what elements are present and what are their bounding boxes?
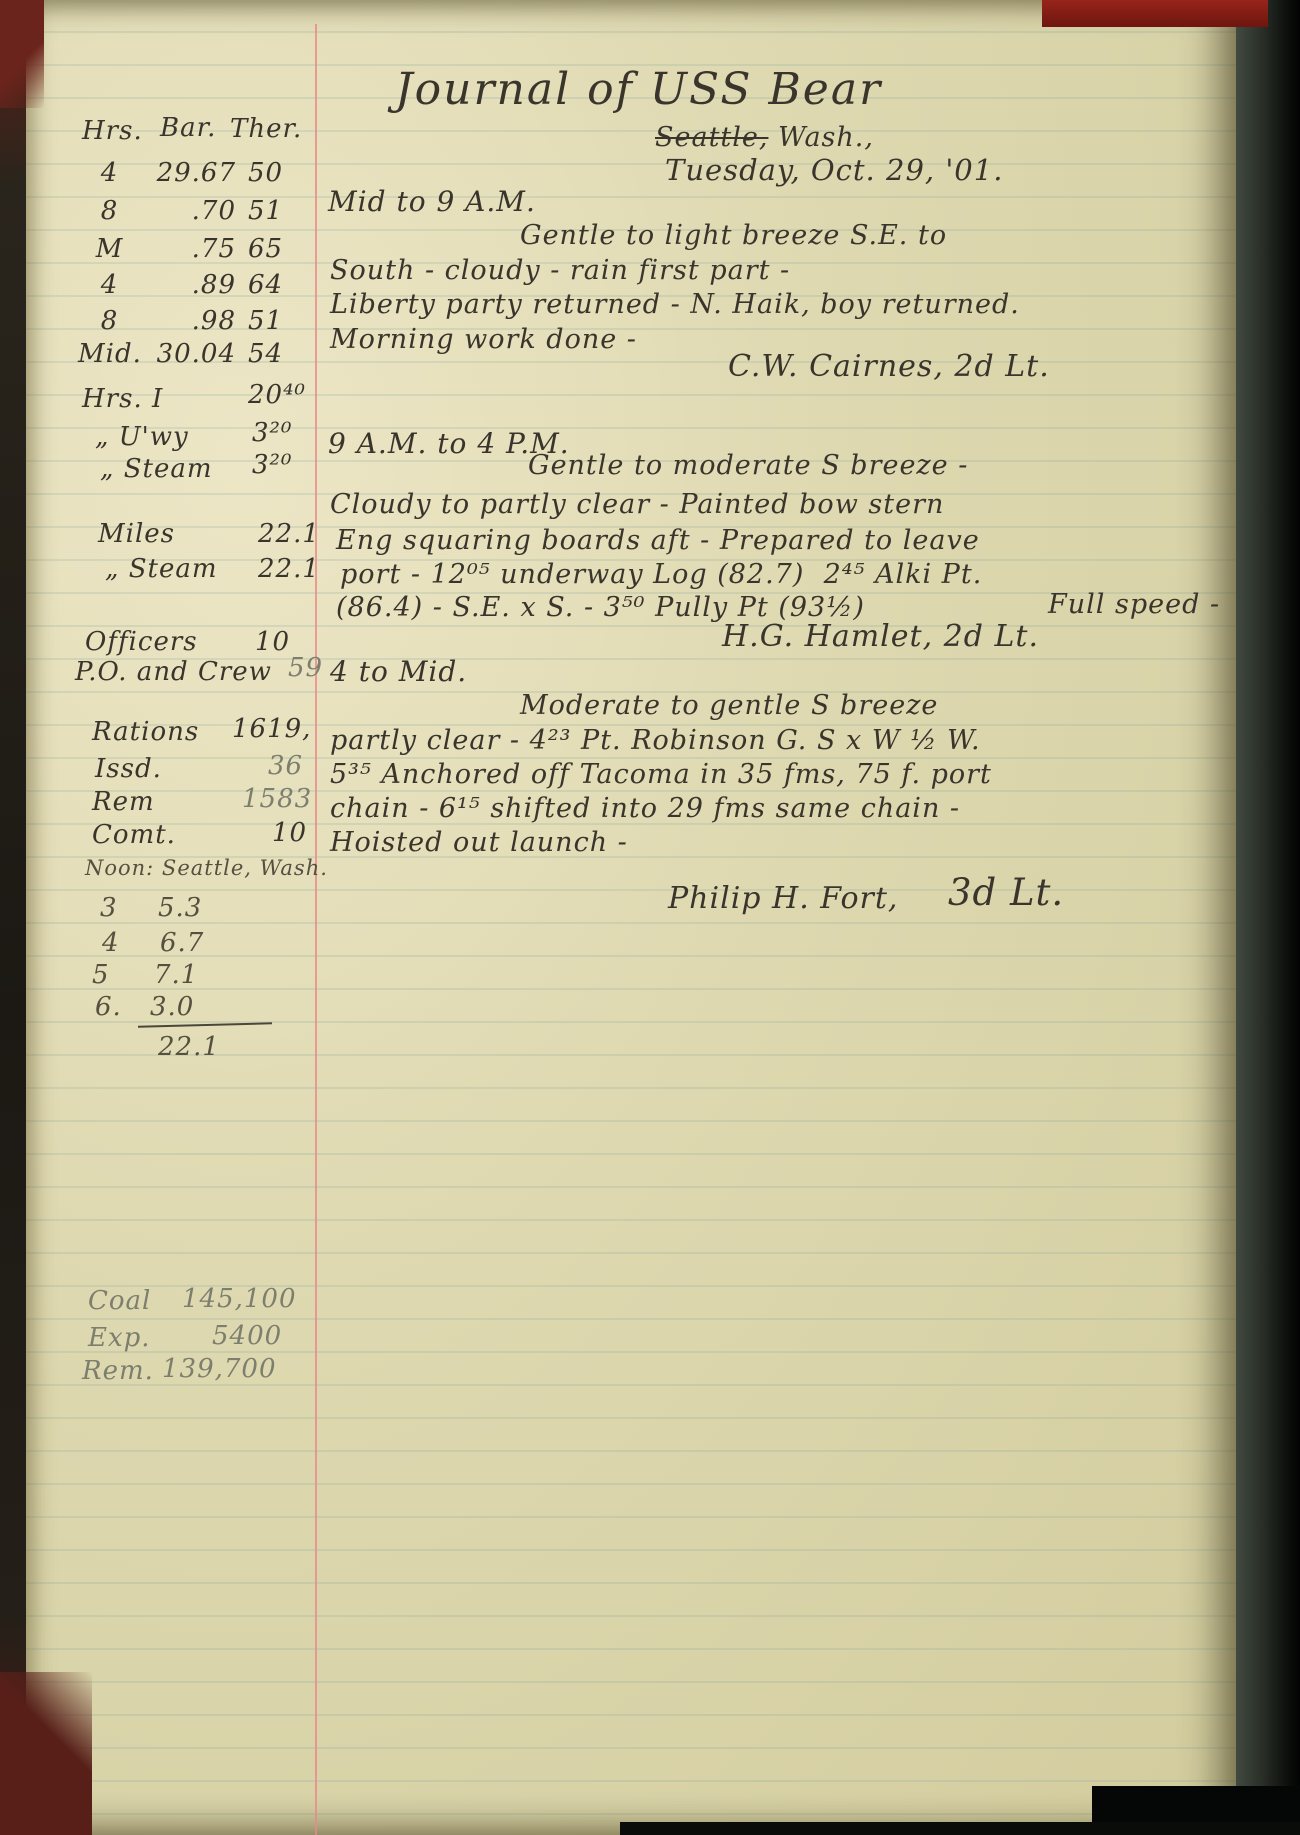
watch-signature: Philip H. Fort, <box>668 884 898 914</box>
hours-label: Hrs. I <box>82 386 163 412</box>
speed-hour: 5 <box>92 962 110 988</box>
rations-label: Rations <box>92 719 199 745</box>
location-struck: Seattle, <box>655 122 768 153</box>
reading-ther: 50 <box>238 160 293 186</box>
miles-value: 22.1 <box>258 521 320 547</box>
reading-hr: 4 <box>82 272 137 298</box>
cover-edge-top-right <box>1042 0 1268 27</box>
watch-signature-rank: 3d Lt. <box>948 874 1064 911</box>
entry-line: South - cloudy - rain first part - <box>330 257 790 284</box>
hours-value: 3²⁰ <box>252 452 292 478</box>
entry-line: Cloudy to partly clear - Painted bow ste… <box>330 491 944 518</box>
watch-signature: H.G. Hamlet, 2d Lt. <box>722 622 1039 652</box>
entry-line: port - 12⁰⁵ underway Log (82.7) 2⁴⁵ Alki… <box>340 561 982 588</box>
reading-ther: 51 <box>238 308 293 334</box>
watch-signature: C.W. Cairnes, 2d Lt. <box>728 352 1050 382</box>
reading-bar: 29.67 <box>148 160 236 186</box>
complement-label: P.O. and Crew <box>75 659 272 685</box>
entry-line: 5³⁵ Anchored off Tacoma in 35 fms, 75 f.… <box>330 761 992 788</box>
reading-bar: .89 <box>148 272 236 298</box>
reading-hr: 4 <box>82 160 137 186</box>
col-header-hrs: Hrs. <box>82 118 143 144</box>
watch-heading: 4 to Mid. <box>330 658 467 686</box>
speed-knots: 6.7 <box>160 930 204 956</box>
cover-corner-top-left <box>0 0 44 108</box>
entry-line: Morning work done - <box>330 326 637 353</box>
scan-edge-bottom <box>620 1822 1300 1835</box>
complement-label: Officers <box>85 629 198 655</box>
reading-bar: 30.04 <box>148 341 236 367</box>
page-block-edge <box>1236 0 1300 1835</box>
entry-line: Full speed - <box>1048 591 1220 618</box>
hours-value: 20⁴⁰ <box>248 382 306 408</box>
location-line: Seattle, Wash., <box>655 124 874 151</box>
cover-corner-bottom-left <box>0 1672 92 1835</box>
rations-value: 1583 <box>242 786 312 812</box>
page-title: Journal of USS Bear <box>395 68 882 112</box>
speed-hour: 4 <box>102 930 120 956</box>
miles-value: 22.1 <box>258 556 320 582</box>
col-header-bar: Bar. <box>160 115 216 141</box>
book-spine-edge <box>0 0 26 1835</box>
reading-bar: .98 <box>148 308 236 334</box>
reading-bar: .75 <box>148 236 236 262</box>
entry-line: Moderate to gentle S breeze <box>520 692 938 719</box>
complement-value: 59 <box>288 655 323 681</box>
entry-line: Hoisted out launch - <box>330 829 628 856</box>
speed-hour: 3 <box>100 895 118 921</box>
coal-label: Coal <box>88 1288 151 1314</box>
speed-knots: 7.1 <box>154 962 198 988</box>
reading-ther: 51 <box>238 198 293 224</box>
date-line: Tuesday, Oct. 29, '01. <box>665 156 1003 185</box>
coal-label: Exp. <box>88 1325 151 1351</box>
reading-hr: 8 <box>82 308 137 334</box>
noon-position: Noon: Seattle, Wash. <box>85 858 328 879</box>
entry-line: (86.4) - S.E. x S. - 3⁵⁰ Pully Pt (93½) <box>336 594 865 621</box>
entry-line: chain - 6¹⁵ shifted into 29 fms same cha… <box>330 795 960 822</box>
entry-line: Liberty party returned - N. Haik, boy re… <box>330 291 1020 318</box>
hours-label: „ U'wy <box>95 424 189 450</box>
speed-total: 22.1 <box>158 1034 220 1060</box>
reading-ther: 54 <box>238 341 293 367</box>
rations-value: 36 <box>268 753 303 779</box>
complement-value: 10 <box>255 629 290 655</box>
coal-label: Rem. <box>82 1358 154 1384</box>
reading-ther: 64 <box>238 272 293 298</box>
rations-label: Issd. <box>95 756 162 782</box>
col-header-ther: Ther. <box>230 116 302 142</box>
entry-line: Eng squaring boards aft - Prepared to le… <box>336 527 980 554</box>
speed-hour: 6. <box>95 994 122 1020</box>
speed-knots: 3.0 <box>150 994 194 1020</box>
coal-value: 139,700 <box>162 1356 277 1382</box>
reading-ther: 65 <box>238 236 293 262</box>
speed-knots: 5.3 <box>158 895 202 921</box>
entry-line: Gentle to moderate S breeze - <box>528 452 968 479</box>
red-margin-rule <box>315 24 317 1835</box>
coal-value: 5400 <box>212 1323 282 1349</box>
entry-line: partly clear - 4²³ Pt. Robinson G. S x W… <box>330 727 981 754</box>
reading-hr: Mid. <box>78 341 142 367</box>
hours-label: „ Steam <box>100 456 213 482</box>
coal-value: 145,100 <box>182 1286 297 1312</box>
rations-label: Comt. <box>92 822 176 848</box>
watch-heading: Mid to 9 A.M. <box>328 188 536 216</box>
entry-line: Gentle to light breeze S.E. to <box>520 222 947 249</box>
reading-hr: 8 <box>82 198 137 224</box>
reading-hr: M <box>82 236 137 262</box>
miles-label: Miles <box>98 521 175 547</box>
rations-label: Rem <box>92 789 155 815</box>
rations-value: 1619, <box>232 716 311 742</box>
rations-value: 10 <box>272 820 307 846</box>
reading-bar: .70 <box>148 198 236 224</box>
location-rest: Wash., <box>768 122 874 153</box>
miles-label: „ Steam <box>105 556 218 582</box>
hours-value: 3²⁰ <box>252 420 292 446</box>
logbook-page-scan: Journal of USS Bear Seattle, Wash., Tues… <box>0 0 1300 1835</box>
